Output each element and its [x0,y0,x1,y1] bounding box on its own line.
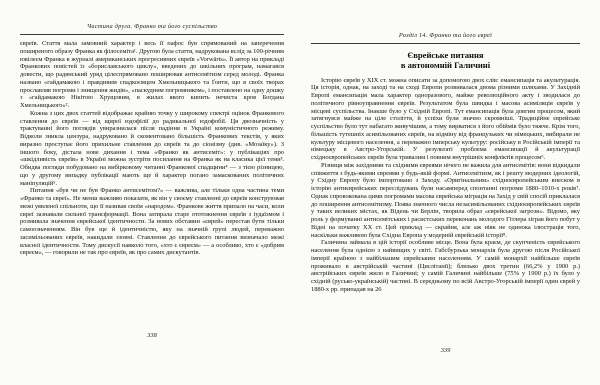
paragraph: Галичина займала в цій історії особливе … [311,239,580,293]
paragraph: Питання «був чи не був Франко антисеміто… [20,187,284,257]
paragraph: Кожна з цих двох статтей відображає край… [20,110,284,188]
book-spread: Частина друга. Франко та його суспільств… [0,0,600,385]
page-number-left: 338 [20,332,284,339]
page-left-body: євреїв. Стаття мала замовний характер і … [20,40,284,257]
page-left: Частина друга. Франко та його суспільств… [0,0,300,385]
paragraph: Різниця між західними та східними євреям… [311,162,580,240]
section-title-line-2: в автономній Галичині [311,61,580,71]
running-head-left: Частина друга. Франко та його суспільств… [20,23,284,35]
page-right: Розділ 14. Франко та його євреї Єврейськ… [300,0,600,385]
page-left-text-column: Частина друга. Франко та його суспільств… [20,23,284,257]
page-right-body: Історію євреїв у XIX ст. можна описати з… [311,77,580,294]
page-right-text-column: Розділ 14. Франко та його євреї Єврейськ… [311,32,580,294]
section-title: Єврейське питання в автономній Галичині [311,51,580,71]
paragraph: Історію євреїв у XIX ст. можна описати з… [311,77,580,162]
page-number-right: 339 [311,347,580,354]
paragraph: євреїв. Стаття мала замовний характер і … [20,40,284,110]
running-head-right: Розділ 14. Франко та його євреї [311,32,580,44]
